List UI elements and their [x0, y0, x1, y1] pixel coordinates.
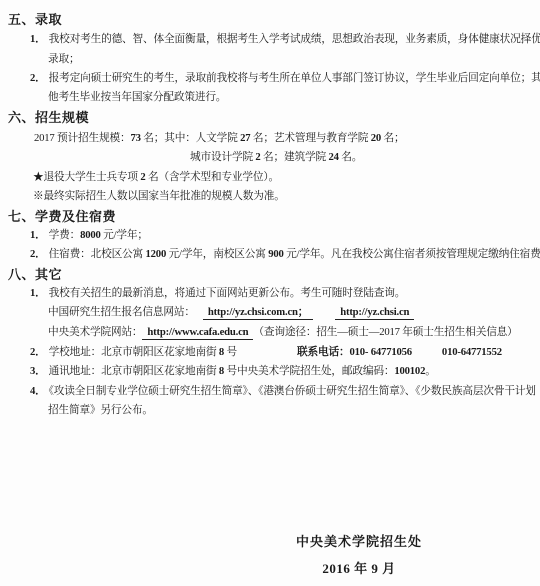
text-run: ※最终实际招生人数以国家当年批准的规模人数为准。	[33, 190, 285, 202]
text-run: 号中央美术学院招生处，邮政编码：	[224, 365, 394, 377]
text-run: 住宿费：北校区公寓	[49, 248, 146, 260]
item-number: 2．	[30, 248, 49, 260]
text-run: 城市设计学院	[190, 151, 255, 163]
quota-number: 27	[240, 132, 250, 144]
item-number: 1．	[30, 229, 49, 241]
item-number: 4．	[30, 385, 49, 397]
text-run: 我校有关招生的最新消息，将通过下面网站更新公布。考生可随时登陆查询。	[49, 287, 406, 299]
text-run: 他考生毕业按当年国家分配政策进行。	[48, 91, 226, 103]
section-5-heading: 五、录取	[8, 12, 62, 27]
cafa-url-link[interactable]: http://www.cafa.edu.cn	[142, 326, 253, 340]
phone-number: 010- 64771056	[350, 346, 412, 358]
section-6-heading: 六、招生规模	[8, 110, 89, 125]
chsi-short-url-link[interactable]: http://yz.chsi.cn	[335, 306, 414, 320]
section8-item2: 2．学校地址：北京市朝阳区花家地南街 8 号联系电话：010- 64771056…	[30, 345, 502, 359]
quota-number: 20	[371, 132, 381, 144]
phone-label: 联系电话：	[297, 346, 349, 358]
item-number: 3．	[30, 365, 49, 377]
section8-item1: 1．我校有关招生的最新消息，将通过下面网站更新公布。考生可随时登陆查询。	[30, 286, 405, 300]
section7-item1: 1．学费：8000 元/学年；	[30, 228, 148, 242]
postal-code: 100102	[394, 365, 425, 377]
text-run: 通讯地址：北京市朝阳区花家地南街	[49, 365, 219, 377]
text-run: 学费：	[49, 229, 80, 241]
item-number: 1．	[30, 287, 49, 299]
item-number: 1．	[30, 33, 49, 45]
section8-chsi-websites: 中国研究生招生报名信息网站：http://yz.chsi.com.cn；http…	[48, 305, 414, 319]
section6-veteran-note: ★退役大学生士兵专项 2 名（含学术型和专业学位）。	[33, 170, 279, 184]
section5-item2-line2: 他考生毕业按当年国家分配政策进行。	[48, 90, 226, 104]
text-run: 招生简章》另行公布。	[48, 404, 153, 416]
footer-date: 2016 年 9 月	[280, 558, 438, 577]
text-run: 名；	[381, 132, 404, 144]
query-path-note: （查询途径：招生—硕士—2017 年硕士生招生相关信息）	[253, 326, 517, 338]
section8-item3: 3．通讯地址：北京市朝阳区花家地南街 8 号中央美术学院招生处，邮政编码：100…	[30, 364, 436, 378]
text-run: 号	[224, 346, 237, 358]
section5-item2-line1: 2．报考定向硕士研究生的考生，录取前我校将与考生所在单位人事部门签订协议，学生毕…	[30, 71, 540, 85]
footer-signature: 中央美术学院招生处	[280, 531, 438, 550]
quota-number: 24	[328, 151, 338, 163]
text-run: 。	[425, 365, 436, 377]
phone-number: 010-64771552	[442, 346, 502, 358]
fee-amount: 1200	[146, 248, 167, 260]
section8-item4-line1: 4．《攻读全日制专业学位硕士研究生招生简章》、《港澳台侨硕士研究生招生简章》、《…	[30, 384, 536, 398]
star-icon: ★退役大学生士兵专项	[33, 171, 140, 183]
section8-item4-line2: 招生简章》另行公布。	[48, 403, 153, 417]
text-run: 名；建筑学院	[261, 151, 329, 163]
fee-amount: 900	[268, 248, 283, 260]
section8-cafa-website: 中央美术学院网站：http://www.cafa.edu.cn（查询途径：招生—…	[48, 325, 518, 339]
item-number: 2．	[30, 72, 49, 84]
quota-number: 73	[130, 132, 140, 144]
text-run: 元/学年；	[101, 229, 148, 241]
section6-scale-line1: 2017 预计招生规模：73 名；其中：人文学院 27 名；艺术管理与教育学院 …	[34, 131, 404, 145]
text-run: 名；其中：人文学院	[141, 132, 240, 144]
fee-amount: 8000	[80, 229, 101, 241]
text-run: 录取；	[48, 53, 79, 65]
text-run: 学校地址：北京市朝阳区花家地南街	[49, 346, 219, 358]
document-page: 五、录取 1．我校对考生的德、智、体全面衡量，根据考生入学考试成绩，思想政治表现…	[0, 0, 540, 586]
text-run: 2017 预计招生规模：	[34, 132, 130, 144]
section6-scale-line2: 城市设计学院 2 名；建筑学院 24 名。	[190, 150, 362, 164]
text-run: 元/学年。凡在我校公寓住宿者须按管理规定缴纳住宿费。	[284, 248, 540, 260]
section5-item1-line2: 录取；	[48, 52, 79, 66]
text-run: 《攻读全日制专业学位硕士研究生招生简章》、《港澳台侨硕士研究生招生简章》、《少数…	[49, 385, 536, 397]
website-label: 中央美术学院网站：	[48, 326, 142, 338]
section-7-heading: 七、学费及住宿费	[8, 209, 116, 224]
section7-item2: 2．住宿费：北校区公寓 1200 元/学年，南校区公寓 900 元/学年。凡在我…	[30, 247, 540, 261]
website-label: 中国研究生招生报名信息网站：	[48, 306, 195, 318]
item-number: 2．	[30, 346, 49, 358]
section6-final-note: ※最终实际招生人数以国家当年批准的规模人数为准。	[33, 189, 285, 203]
text-run: 名。	[339, 151, 362, 163]
section5-item1-line1: 1．我校对考生的德、智、体全面衡量，根据考生入学考试成绩，思想政治表现，业务素质…	[30, 32, 540, 46]
text-run: 名；艺术管理与教育学院	[250, 132, 370, 144]
chsi-url-link[interactable]: http://yz.chsi.com.cn；	[203, 306, 313, 320]
text-run: 名（含学术型和专业学位）。	[146, 171, 279, 183]
text-run: 我校对考生的德、智、体全面衡量，根据考生入学考试成绩，思想政治表现，业务素质，身…	[49, 33, 540, 45]
section-8-heading: 八、其它	[8, 267, 62, 282]
text-run: 元/学年，南校区公寓	[166, 248, 268, 260]
text-run: 报考定向硕士研究生的考生，录取前我校将与考生所在单位人事部门签订协议，学生毕业后…	[49, 72, 540, 84]
